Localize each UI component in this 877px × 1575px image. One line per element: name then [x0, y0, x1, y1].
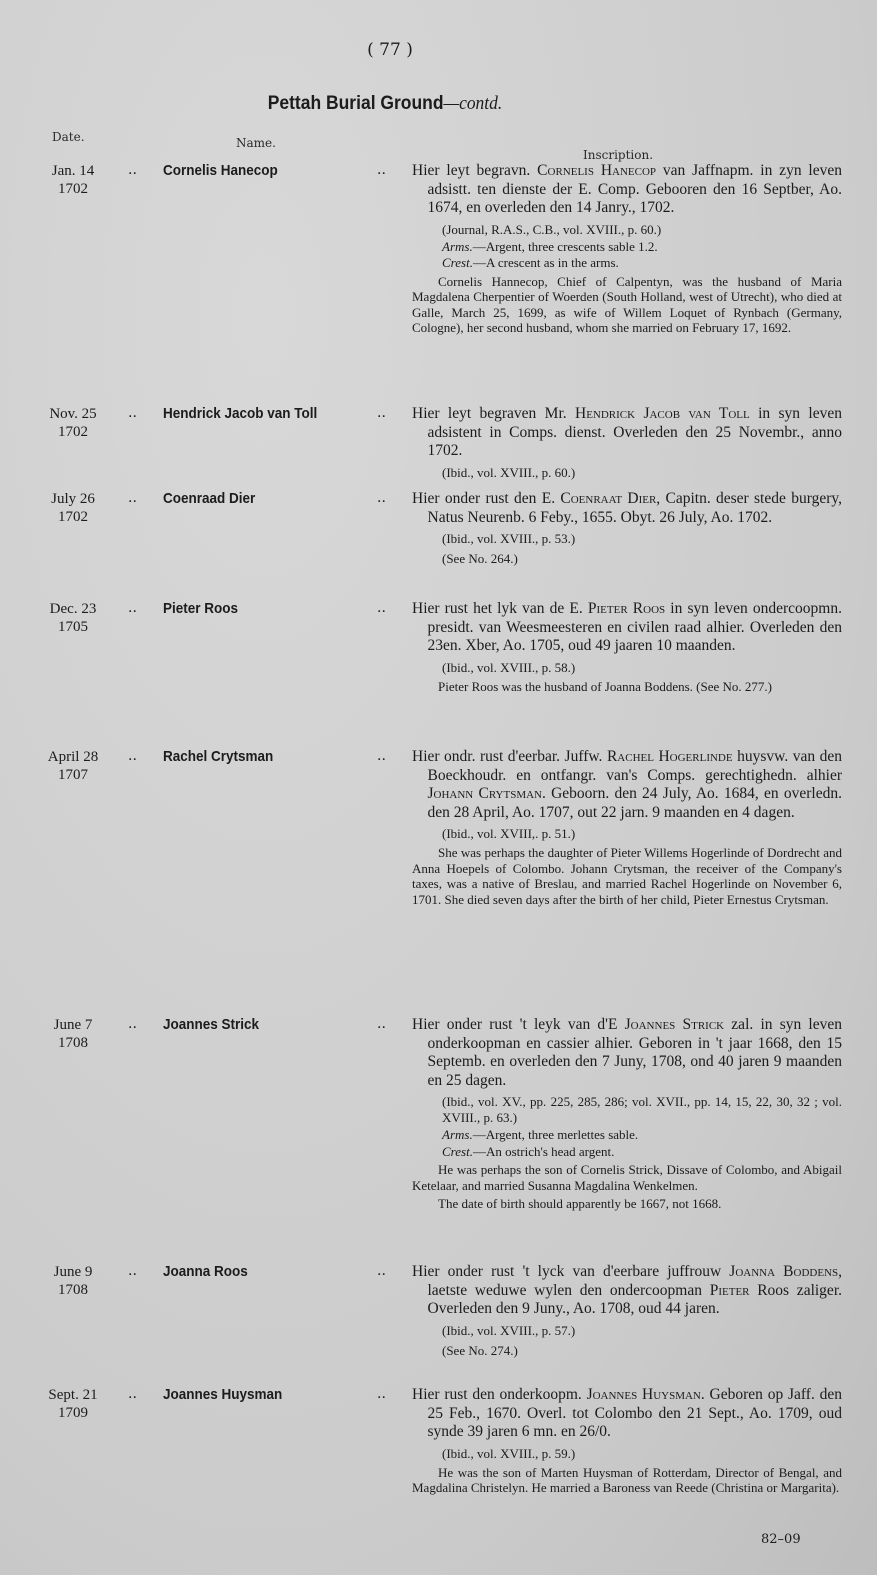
- arms-label: Arms.: [442, 239, 473, 254]
- entry-name: Joannes Huysman: [163, 1386, 282, 1403]
- entry-inscription: Hier leyt begravn. Cornelis Hanecop van …: [412, 162, 842, 336]
- inscription-text: Hier onder rust den E. Coenraat Dier, Ca…: [412, 490, 842, 527]
- arms-label: Arms.: [442, 1127, 473, 1142]
- entry-date: April 281707: [28, 748, 118, 784]
- crest-label: Crest.: [442, 255, 473, 270]
- source-reference: (Ibid., vol. XVIII., p. 59.): [442, 1446, 842, 1462]
- date-day: Jan. 14: [28, 162, 118, 180]
- leader-dots: ..: [128, 1016, 137, 1032]
- leader-dots: ..: [128, 748, 137, 764]
- leader-dots: ..: [128, 490, 137, 506]
- entry-inscription: Hier rust het lyk van de E. Pieter Roos …: [412, 600, 842, 694]
- inscription-text: Hier rust den onderkoopm. Joannes Huysma…: [412, 1386, 842, 1442]
- entry-date: July 261702: [28, 490, 118, 526]
- source-reference: (Ibid., vol. XVIII., p. 60.): [442, 465, 842, 481]
- arms-line: Arms.—Argent, three merlettes sable.: [442, 1127, 842, 1143]
- entry-name: Rachel Crytsman: [163, 748, 273, 765]
- date-year: 1708: [28, 1281, 118, 1299]
- leader-dots: ..: [128, 1386, 137, 1402]
- source-reference: (Ibid., vol. XVIII., p. 58.): [442, 660, 842, 676]
- entry-date: Dec. 231705: [28, 600, 118, 636]
- page-title: Pettah Burial Ground—contd.: [31, 93, 739, 115]
- entry-name: Joannes Strick: [163, 1016, 259, 1033]
- biographical-note: He was perhaps the son of Cornelis Stric…: [412, 1162, 842, 1193]
- entry-inscription: Hier onder rust den E. Coenraat Dier, Ca…: [412, 490, 842, 567]
- inscription-text: Hier leyt begravn. Cornelis Hanecop van …: [412, 162, 842, 218]
- source-reference: (Journal, R.A.S., C.B., vol. XVIII., p. …: [442, 222, 842, 238]
- biographical-note: She was perhaps the daughter of Pieter W…: [412, 845, 842, 907]
- leader-dots: ..: [128, 1263, 137, 1279]
- date-day: June 9: [28, 1263, 118, 1281]
- inscribed-name: Rachel Hogerlinde: [607, 748, 733, 765]
- crest-line: Crest.—An ostrich's head argent.: [442, 1144, 842, 1160]
- inscription-text: Hier rust het lyk van de E. Pieter Roos …: [412, 600, 842, 656]
- date-year: 1702: [28, 180, 118, 198]
- leader-dots: ..: [377, 1016, 386, 1032]
- inscribed-name: Coenraat Dier: [560, 490, 656, 507]
- crest-label: Crest.: [442, 1144, 473, 1159]
- inscribed-name: Joanna Boddens: [729, 1263, 838, 1280]
- entry-date: Sept. 211709: [28, 1386, 118, 1422]
- entry-date: June 91708: [28, 1263, 118, 1299]
- inscription-text: Hier leyt begraven Mr. Hendrick Jacob va…: [412, 405, 842, 461]
- entry-name: Joanna Roos: [163, 1263, 248, 1280]
- printer-signature: 82–09: [761, 1532, 801, 1547]
- leader-dots: ..: [128, 162, 137, 178]
- date-day: June 7: [28, 1016, 118, 1034]
- source-reference: (Ibid., vol. XVIII., p. 57.): [442, 1323, 842, 1339]
- header-name: Name.: [236, 136, 276, 150]
- date-day: Dec. 23: [28, 600, 118, 618]
- leader-dots: ..: [128, 600, 137, 616]
- entry-date: Jan. 141702: [28, 162, 118, 198]
- inscribed-name: Joannes Huysman: [587, 1386, 701, 1403]
- title-main: Pettah Burial Ground: [268, 93, 444, 114]
- inscribed-name: Pieter Roos: [588, 600, 665, 617]
- date-day: Sept. 21: [28, 1386, 118, 1404]
- leader-dots: ..: [377, 490, 386, 506]
- see-also: (See No. 264.): [442, 551, 842, 567]
- leader-dots: ..: [377, 405, 386, 421]
- arms-line: Arms.—Argent, three crescents sable 1.2.: [442, 239, 842, 255]
- inscribed-name: Joannes Strick: [625, 1016, 724, 1033]
- leader-dots: ..: [377, 1386, 386, 1402]
- biographical-note: He was the son of Marten Huysman of Rott…: [412, 1465, 842, 1496]
- entry-date: June 71708: [28, 1016, 118, 1052]
- crest-line: Crest.—A crescent as in the arms.: [442, 255, 842, 271]
- entry-name: Pieter Roos: [163, 600, 238, 617]
- entry-inscription: Hier leyt begraven Mr. Hendrick Jacob va…: [412, 405, 842, 481]
- source-reference: (Ibid., vol. XVIII,. p. 51.): [442, 826, 842, 842]
- date-year: 1707: [28, 766, 118, 784]
- page-number: ( 77 ): [0, 40, 780, 60]
- leader-dots: ..: [377, 600, 386, 616]
- date-day: July 26: [28, 490, 118, 508]
- date-day: Nov. 25: [28, 405, 118, 423]
- entry-inscription: Hier ondr. rust d'eerbar. Juffw. Rachel …: [412, 748, 842, 907]
- inscription-text: Hier onder rust 't leyk van d'E Joannes …: [412, 1016, 842, 1090]
- date-day: April 28: [28, 748, 118, 766]
- header-date: Date.: [52, 130, 85, 144]
- source-reference: (Ibid., vol. XV., pp. 225, 285, 286; vol…: [442, 1094, 842, 1126]
- source-reference: (Ibid., vol. XVIII., p. 53.): [442, 531, 842, 547]
- entry-name: Coenraad Dier: [163, 490, 255, 507]
- entry-name: Cornelis Hanecop: [163, 162, 278, 179]
- entry-name: Hendrick Jacob van Toll: [163, 405, 317, 422]
- date-year: 1709: [28, 1404, 118, 1422]
- inscribed-name: Cornelis Hanecop: [537, 162, 656, 179]
- title-suffix: —contd.: [444, 93, 503, 114]
- leader-dots: ..: [377, 162, 386, 178]
- header-inscription: Inscription.: [583, 148, 653, 162]
- date-year: 1705: [28, 618, 118, 636]
- entry-inscription: Hier onder rust 't lyck van d'eerbare ju…: [412, 1263, 842, 1359]
- date-year: 1702: [28, 423, 118, 441]
- inscription-text: Hier ondr. rust d'eerbar. Juffw. Rachel …: [412, 748, 842, 822]
- inscription-text: Hier onder rust 't lyck van d'eerbare ju…: [412, 1263, 842, 1319]
- date-year: 1702: [28, 508, 118, 526]
- inscribed-name: Pieter: [710, 1282, 750, 1299]
- leader-dots: ..: [377, 1263, 386, 1279]
- date-year: 1708: [28, 1034, 118, 1052]
- entry-date: Nov. 251702: [28, 405, 118, 441]
- biographical-note: Pieter Roos was the husband of Joanna Bo…: [412, 679, 842, 695]
- biographical-note: Cornelis Hannecop, Chief of Calpentyn, w…: [412, 274, 842, 336]
- entry-inscription: Hier onder rust 't leyk van d'E Joannes …: [412, 1016, 842, 1212]
- leader-dots: ..: [128, 405, 137, 421]
- inscribed-name: Johann Crytsman: [428, 785, 543, 802]
- inscribed-name: Hendrick Jacob van Toll: [575, 405, 750, 422]
- leader-dots: ..: [377, 748, 386, 764]
- biographical-note: The date of birth should apparently be 1…: [412, 1196, 842, 1212]
- entry-inscription: Hier rust den onderkoopm. Joannes Huysma…: [412, 1386, 842, 1496]
- see-also: (See No. 274.): [442, 1343, 842, 1359]
